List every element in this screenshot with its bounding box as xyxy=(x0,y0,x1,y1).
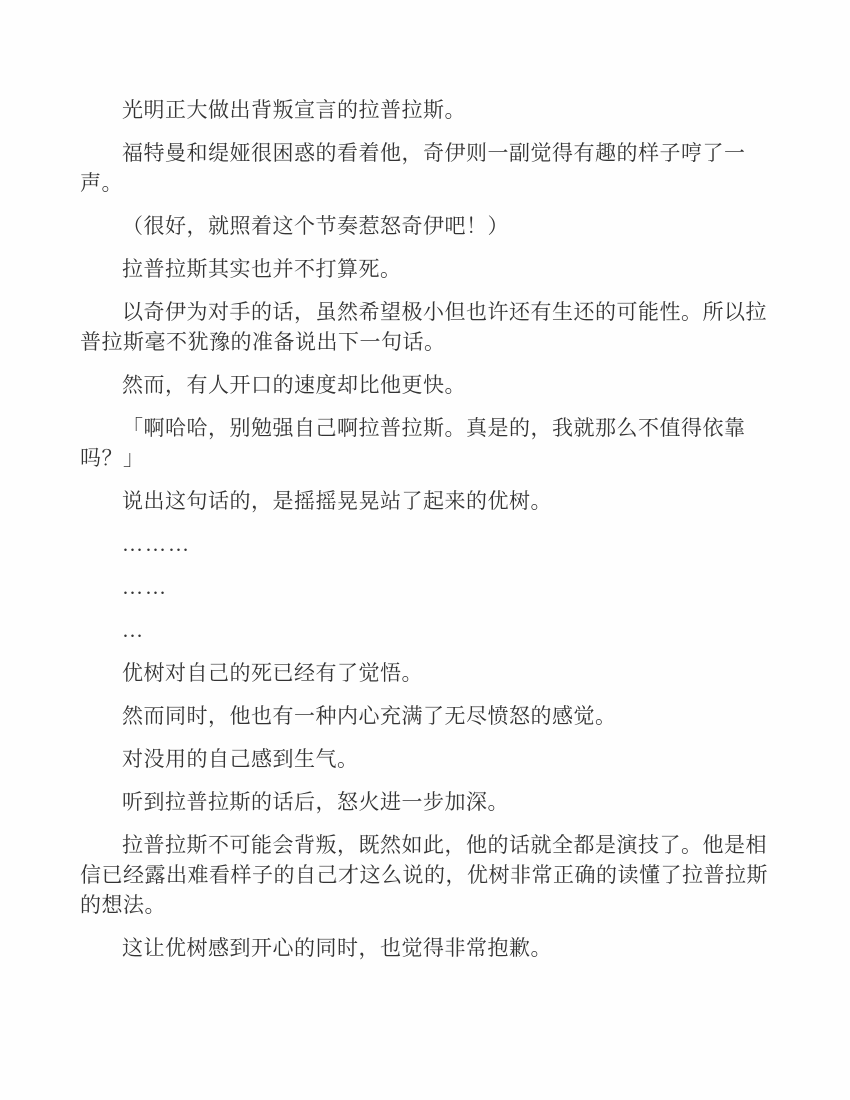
paragraph-inner-thought: （很好，就照着这个节奏惹怒奇伊吧！） xyxy=(80,211,770,241)
paragraph-dialogue: 「啊哈哈，别勉强自己啊拉普拉斯。真是的，我就那么不值得依靠吗？」 xyxy=(80,413,770,473)
ellipsis-line: …… xyxy=(80,572,770,602)
paragraph: 听到拉普拉斯的话后，怒火进一步加深。 xyxy=(80,787,770,817)
paragraph: 然而同时，他也有一种内心充满了无尽愤怒的感觉。 xyxy=(80,701,770,731)
paragraph: 说出这句话的，是摇摇晃晃站了起来的优树。 xyxy=(80,486,770,516)
novel-page: 光明正大做出背叛宣言的拉普拉斯。 福特曼和缇娅很困惑的看着他，奇伊则一副觉得有趣… xyxy=(0,0,850,1100)
paragraph: 拉普拉斯不可能会背叛，既然如此，他的话就全都是演技了。他是相信已经露出难看样子的… xyxy=(80,830,770,920)
ellipsis-line: … xyxy=(80,615,770,645)
paragraph: 福特曼和缇娅很困惑的看着他，奇伊则一副觉得有趣的样子哼了一声。 xyxy=(80,138,770,198)
paragraph: 这让优树感到开心的同时，也觉得非常抱歉。 xyxy=(80,933,770,963)
paragraph: 对没用的自己感到生气。 xyxy=(80,744,770,774)
paragraph: 优树对自己的死已经有了觉悟。 xyxy=(80,658,770,688)
ellipsis-line: ……… xyxy=(80,529,770,559)
paragraph: 拉普拉斯其实也并不打算死。 xyxy=(80,254,770,284)
paragraph: 光明正大做出背叛宣言的拉普拉斯。 xyxy=(80,95,770,125)
paragraph: 以奇伊为对手的话，虽然希望极小但也许还有生还的可能性。所以拉普拉斯毫不犹豫的准备… xyxy=(80,297,770,357)
paragraph: 然而，有人开口的速度却比他更快。 xyxy=(80,370,770,400)
